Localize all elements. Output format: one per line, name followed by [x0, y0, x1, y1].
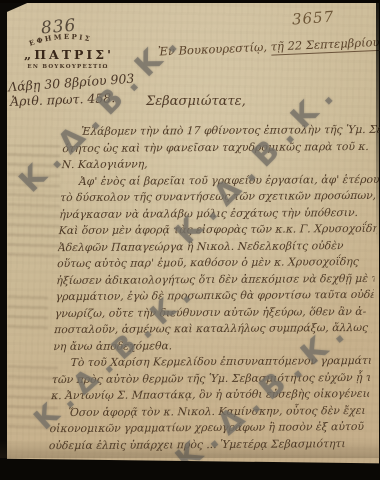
newspaper-location: ΕΝ ΒΟΥΚΟΥΡΕΣΤΙΩ	[24, 64, 112, 70]
letterhead-arc-text: ΕΦΗΜΕΡΙΣ	[24, 31, 112, 48]
svg-text:ΕΦΗΜΕΡΙΣ: ΕΦΗΜΕΡΙΣ	[28, 32, 93, 48]
handwritten-line: γραμμάτιον, ἐγὼ δὲ προσωπικῶς θὰ φροντίσ…	[55, 287, 374, 306]
handwritten-line: Καὶ ὅσον μὲν ἀφορᾷ τὰς εἰσφορὰς τῶν κ.κ.…	[58, 221, 377, 240]
scan-edge-right	[376, 0, 380, 250]
handwritten-line: ποσταλοῦν, ἀσμένως καὶ καταλλήλως συμπρά…	[54, 320, 373, 339]
scan-edge-top	[0, 0, 380, 3]
newspaper-letterhead: ΕΦΗΜΕΡΙΣ „ΠΑΤΡΙΣ' ΕΝ ΒΟΥΚΟΥΡΕΣΤΙΩ	[24, 31, 112, 70]
salutation: Σεβασμιώτατε,	[146, 94, 246, 109]
archive-number-right: 3657	[291, 8, 334, 29]
handwritten-line: οἰκονομικῶν γραμματίων χρεωγράφων ἢ ποσὸ…	[49, 419, 368, 438]
handwritten-line: κ. Ἀντωνίῳ Σ. Μπαστάκᾳ, ὃν ἡ αὐτόθι εὐσε…	[51, 386, 370, 405]
ink-showthrough	[8, 145, 60, 263]
handwritten-line: οὕτως αὐτὸς παρ' ἐμοῦ, καθόσον ὁ μὲν κ. …	[57, 254, 376, 273]
paper-bottom-shadow	[0, 440, 380, 458]
handwritten-line: Ἐλάβομεν τὴν ἀπὸ 17 φθίνοντος ἐπιστολὴν …	[63, 122, 380, 141]
handwritten-line: Τὸ τοῦ Χαρίση Κερμελίδου ἐπισυναπτόμενον…	[52, 353, 371, 372]
handwritten-line: τὸ δύσκολον τῆς συναντήσεως τῶν σχετικῶν…	[60, 188, 379, 207]
handwritten-line: ότητος ὡς καὶ τὴν φανεῖσαν ταχυδρομικῶς …	[62, 138, 380, 157]
letter-body: Ἐλάβομεν τὴν ἀπὸ 17 φθίνοντος ἐπιστολὴν …	[49, 122, 380, 454]
ink-showthrough	[8, 295, 48, 335]
newspaper-title: „ΠΑΤΡΙΣ'	[24, 48, 112, 62]
